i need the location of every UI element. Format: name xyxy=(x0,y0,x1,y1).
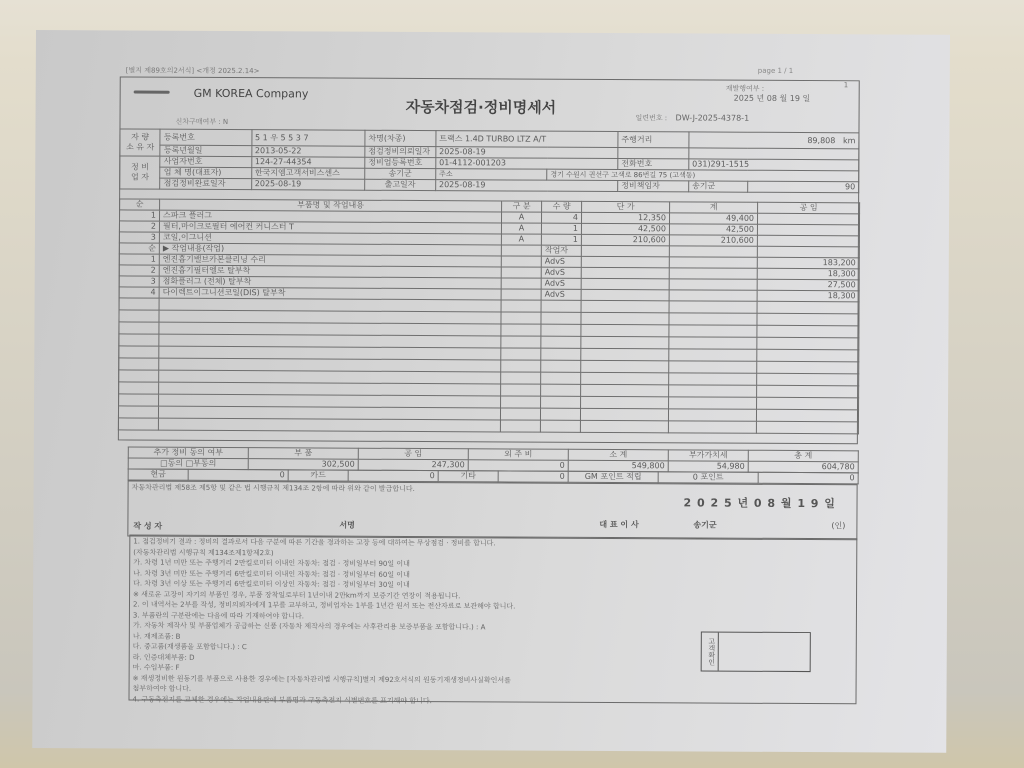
empty-cell xyxy=(501,324,541,336)
empty-cell xyxy=(757,325,859,338)
empty-cell xyxy=(757,313,859,326)
complete-date: 2025-08-19 xyxy=(251,179,364,191)
reg-no-label: 등록번호 xyxy=(160,129,251,145)
other-label: 기타 xyxy=(438,471,498,482)
row-labor: 183,200 xyxy=(757,257,859,269)
seal-mark: (인) xyxy=(831,520,845,531)
card-amount: 0 xyxy=(348,470,438,481)
empty-cell xyxy=(540,408,580,420)
biz-no-label: 사업자번호 xyxy=(160,156,251,167)
empty-cell xyxy=(119,310,159,322)
empty-cell xyxy=(541,312,581,324)
empty-cell xyxy=(669,325,757,337)
inspect-date: 2025-08-19 xyxy=(436,147,618,159)
card-label: 카드 xyxy=(288,470,348,481)
empty-cell xyxy=(668,409,756,421)
row-unit xyxy=(581,267,669,278)
empty-cell xyxy=(581,348,669,360)
row-no: 3 xyxy=(119,232,159,243)
empty-cell xyxy=(501,384,541,396)
empty-cell xyxy=(500,420,540,432)
empty-cell xyxy=(581,312,669,324)
row-qty: 1 xyxy=(541,234,581,245)
reissue-value: 1 xyxy=(844,81,849,89)
empty-cell xyxy=(581,360,669,372)
reg-date: 2013-05-22 xyxy=(251,146,364,158)
empty-cell xyxy=(668,421,756,433)
empty-cell xyxy=(541,360,581,372)
row-type: A xyxy=(501,223,541,234)
mileage: 89,808 km xyxy=(689,132,859,149)
model-label: 차명(차종) xyxy=(365,130,436,146)
vat-label: 부가가치세 xyxy=(668,450,748,461)
note-line: 가. 자동차 제작사 및 부품업체가 공급하는 신품 (자동차 제작사의 경우에… xyxy=(133,621,515,634)
empty-cell xyxy=(541,348,581,360)
shop-company-name: 한국지엠고객서비스센스 xyxy=(251,168,364,180)
empty-cell xyxy=(689,148,859,160)
complete-date-label: 점검정비완료일자 xyxy=(160,178,251,189)
customer-confirm-box[interactable]: 고객확인 xyxy=(701,631,811,672)
empty-cell xyxy=(581,336,669,348)
empty-cell xyxy=(501,396,541,408)
empty-cell xyxy=(119,298,159,310)
row-labor: 27,500 xyxy=(757,279,859,291)
empty-cell xyxy=(581,396,669,408)
reg-no: 5 1 우 5 5 3 7 xyxy=(251,130,364,147)
row-no: 1 xyxy=(120,210,160,221)
empty-cell xyxy=(541,300,581,312)
release-date-label: 출고일자 xyxy=(365,179,436,190)
shop-reg: 01-4112-001203 xyxy=(436,158,618,170)
row-qty: AdvS xyxy=(541,289,581,300)
empty-cell xyxy=(669,337,757,349)
row-unit xyxy=(581,289,669,300)
page-indicator: page 1 / 1 xyxy=(758,67,793,75)
row-unit: 210,600 xyxy=(581,234,669,245)
model: 트랙스 1.4D TURBO LTZ A/T xyxy=(436,131,618,148)
col-header-unit-price: 단 가 xyxy=(582,201,670,212)
row-labor xyxy=(757,213,859,225)
empty-cell xyxy=(541,324,581,336)
cash-amount: 0 xyxy=(188,469,288,481)
empty-cell xyxy=(501,360,541,372)
row-type xyxy=(501,278,541,289)
sign-label[interactable]: 서명 xyxy=(339,520,355,531)
empty-cell xyxy=(541,336,581,348)
empty-cell xyxy=(500,408,540,420)
empty-cell xyxy=(158,418,500,432)
serial-number: DW-J-2025-4378-1 xyxy=(676,113,750,122)
empty-cell xyxy=(757,301,859,314)
row-no: 1 xyxy=(119,254,159,265)
company-name: GM KOREA Company xyxy=(194,87,309,101)
address: 경기 수원시 권선구 고색로 86번길 75 (고색동) xyxy=(547,169,859,182)
empty-cell xyxy=(669,385,757,397)
cash-label: 현금 xyxy=(128,469,188,480)
row-type xyxy=(501,289,541,300)
row-type: A xyxy=(501,234,541,245)
row-labor: 18,300 xyxy=(757,268,859,280)
row-qty: AdvS xyxy=(541,278,581,289)
writer-label: 작 성 자 xyxy=(133,521,162,532)
row-no: 순 xyxy=(119,243,159,254)
empty-cell xyxy=(580,408,668,420)
document-title: 자동차점검·정비명세서 xyxy=(406,96,557,118)
empty-cell xyxy=(757,349,859,362)
empty-cell xyxy=(119,346,159,358)
empty-cell xyxy=(119,322,159,334)
row-no: 3 xyxy=(119,276,159,287)
empty-cell xyxy=(501,336,541,348)
empty-cell xyxy=(118,406,158,418)
row-labor xyxy=(757,246,859,258)
biz-no: 124-27-44354 xyxy=(251,157,364,169)
empty-cell xyxy=(669,373,757,385)
empty-cell xyxy=(757,373,859,386)
empty-cell xyxy=(119,370,159,382)
empty-cell xyxy=(757,337,859,350)
empty-cell xyxy=(540,420,580,432)
empty-cell xyxy=(580,420,668,432)
empty-cell xyxy=(669,397,757,409)
empty-cell xyxy=(541,384,581,396)
empty-rows xyxy=(118,298,859,434)
manager-name: 송기군 xyxy=(689,181,748,192)
row-total xyxy=(669,268,757,279)
empty-cell xyxy=(669,301,757,313)
row-total xyxy=(669,290,757,301)
gm-point-label: GM 포인트 적립 xyxy=(568,471,658,482)
col-header-total: 계 xyxy=(670,202,758,213)
empty-cell xyxy=(501,348,541,360)
issue-date: 2 0 2 5 년 0 8 월 1 9 일 xyxy=(683,494,835,511)
empty-cell xyxy=(757,361,859,374)
empty-cell xyxy=(501,372,541,384)
inspect-date-label: 점검정비의뢰일자 xyxy=(365,146,436,157)
empty-cell xyxy=(618,148,689,159)
row-labor xyxy=(757,224,859,236)
phone-label: 전화번호 xyxy=(618,159,689,170)
row-qty: 1 xyxy=(541,223,581,234)
rep-name: 송기군 xyxy=(365,168,436,179)
phone: 031)291-1515 xyxy=(689,159,859,171)
empty-cell xyxy=(581,384,669,396)
ceo-label: 대 표 이 사 xyxy=(599,519,638,530)
point-amount: 0 xyxy=(758,472,858,484)
col-header-labor: 공 임 xyxy=(758,202,860,214)
row-unit xyxy=(581,245,669,256)
empty-cell xyxy=(119,334,159,346)
labor-label: 공 임 xyxy=(358,448,468,460)
row-labor: 18,300 xyxy=(757,290,859,302)
shop-reg-label: 정비업등록번호 xyxy=(365,157,436,168)
row-total xyxy=(669,246,757,257)
reg-date-label: 등록년월일 xyxy=(160,145,251,156)
empty-cell xyxy=(757,397,859,410)
empty-cell xyxy=(119,382,159,394)
empty-cell xyxy=(581,300,669,312)
empty-cell xyxy=(119,394,159,406)
row-type xyxy=(501,256,541,267)
parts-label: 부 품 xyxy=(248,448,358,460)
row-no: 4 xyxy=(119,287,159,298)
empty-cell xyxy=(119,358,159,370)
row-unit: 12,350 xyxy=(581,212,669,223)
empty-cell xyxy=(501,312,541,324)
subtotal-label: 소 계 xyxy=(568,449,668,461)
release-date: 2025-08-19 xyxy=(435,180,617,192)
row-unit xyxy=(581,256,669,267)
row-total: 210,600 xyxy=(669,235,757,246)
other-amount: 0 xyxy=(498,471,568,482)
empty-cell xyxy=(541,372,581,384)
row-qty: 작업자 xyxy=(541,245,581,256)
customer-confirm-label: 고객확인 xyxy=(702,632,719,670)
addr-label: 주소 xyxy=(436,169,547,181)
row-total xyxy=(669,257,757,268)
new-car-flag: 신차구매여부 : N xyxy=(175,117,228,127)
total-label: 총 계 xyxy=(748,450,858,462)
outsourcing-label: 외 주 비 xyxy=(468,449,568,461)
consent-label: 추가 정비 동의 여부 xyxy=(128,447,248,459)
empty-cell xyxy=(756,421,858,434)
inspection-document: [별지 제89호의2서식] <개정 2025.2.14> page 1 / 1 … xyxy=(32,30,950,753)
empty-cell xyxy=(118,418,158,430)
row-qty: AdvS xyxy=(541,256,581,267)
col-header-type: 구 분 xyxy=(502,201,542,212)
row-qty: 4 xyxy=(541,212,581,223)
empty-cell xyxy=(669,361,757,373)
row-type: A xyxy=(501,212,541,223)
legal-note: 자동차관리법 제58조 제5항 및 같은 법 시행규칙 제134조 2항에 따라… xyxy=(132,483,415,494)
row-total: 49,400 xyxy=(669,213,757,224)
row-type xyxy=(501,267,541,278)
shop-section-label: 정 비업 자 xyxy=(120,156,161,189)
empty-cell xyxy=(669,313,757,325)
col-header-no: 순 xyxy=(120,199,160,210)
row-no: 2 xyxy=(119,265,159,276)
empty-cell xyxy=(757,385,859,398)
row-labor xyxy=(757,235,859,247)
row-type xyxy=(501,245,541,256)
empty-cell xyxy=(581,372,669,384)
mileage-label: 주행거리 xyxy=(618,132,689,148)
notes-list: 1. 점검정비기 결과 : 정비의 결과로서 다음 구분에 따른 기간을 경과하… xyxy=(132,537,515,707)
note-line: 4. 구동축전지를 교체한 경우에는 작업내용란에 부품명과 구동축전지 식별번… xyxy=(132,694,514,707)
empty-cell xyxy=(501,300,541,312)
header-date: 2025 년 08 월 19 일 xyxy=(734,93,811,104)
manager-label: 정비책임자 xyxy=(618,181,689,192)
row-total: 42,500 xyxy=(669,224,757,235)
ceo-name: 송기군 xyxy=(693,519,716,530)
row-total xyxy=(669,279,757,290)
chevrolet-logo-icon xyxy=(134,89,170,97)
vehicle-info-table: 자 량소 유 자 등록번호 5 1 우 5 5 3 7 차명(차종) 트랙스 1… xyxy=(119,128,859,193)
empty-cell xyxy=(541,396,581,408)
col-header-qty: 수 량 xyxy=(542,201,582,212)
point-balance: 0 포인트 xyxy=(658,472,758,484)
row-qty: AdvS xyxy=(541,267,581,278)
empty-cell xyxy=(756,409,858,422)
row-unit xyxy=(581,278,669,289)
serial-label: 일련번호 : xyxy=(636,113,668,123)
row-no: 2 xyxy=(119,221,159,232)
empty-cell xyxy=(581,324,669,336)
empty-cell xyxy=(669,349,757,361)
parts-work-table: 순 부품명 및 작업내용 구 분 수 량 단 가 계 공 임 1 스파크 플러그… xyxy=(118,198,860,434)
company-label: 업 체 명(대표자) xyxy=(160,167,251,178)
manager-no: 90 xyxy=(747,181,858,193)
form-code: [별지 제89호의2서식] <개정 2025.2.14> xyxy=(126,65,260,76)
vehicle-section-label: 자 량소 유 자 xyxy=(120,129,161,156)
row-unit: 42,500 xyxy=(581,223,669,234)
